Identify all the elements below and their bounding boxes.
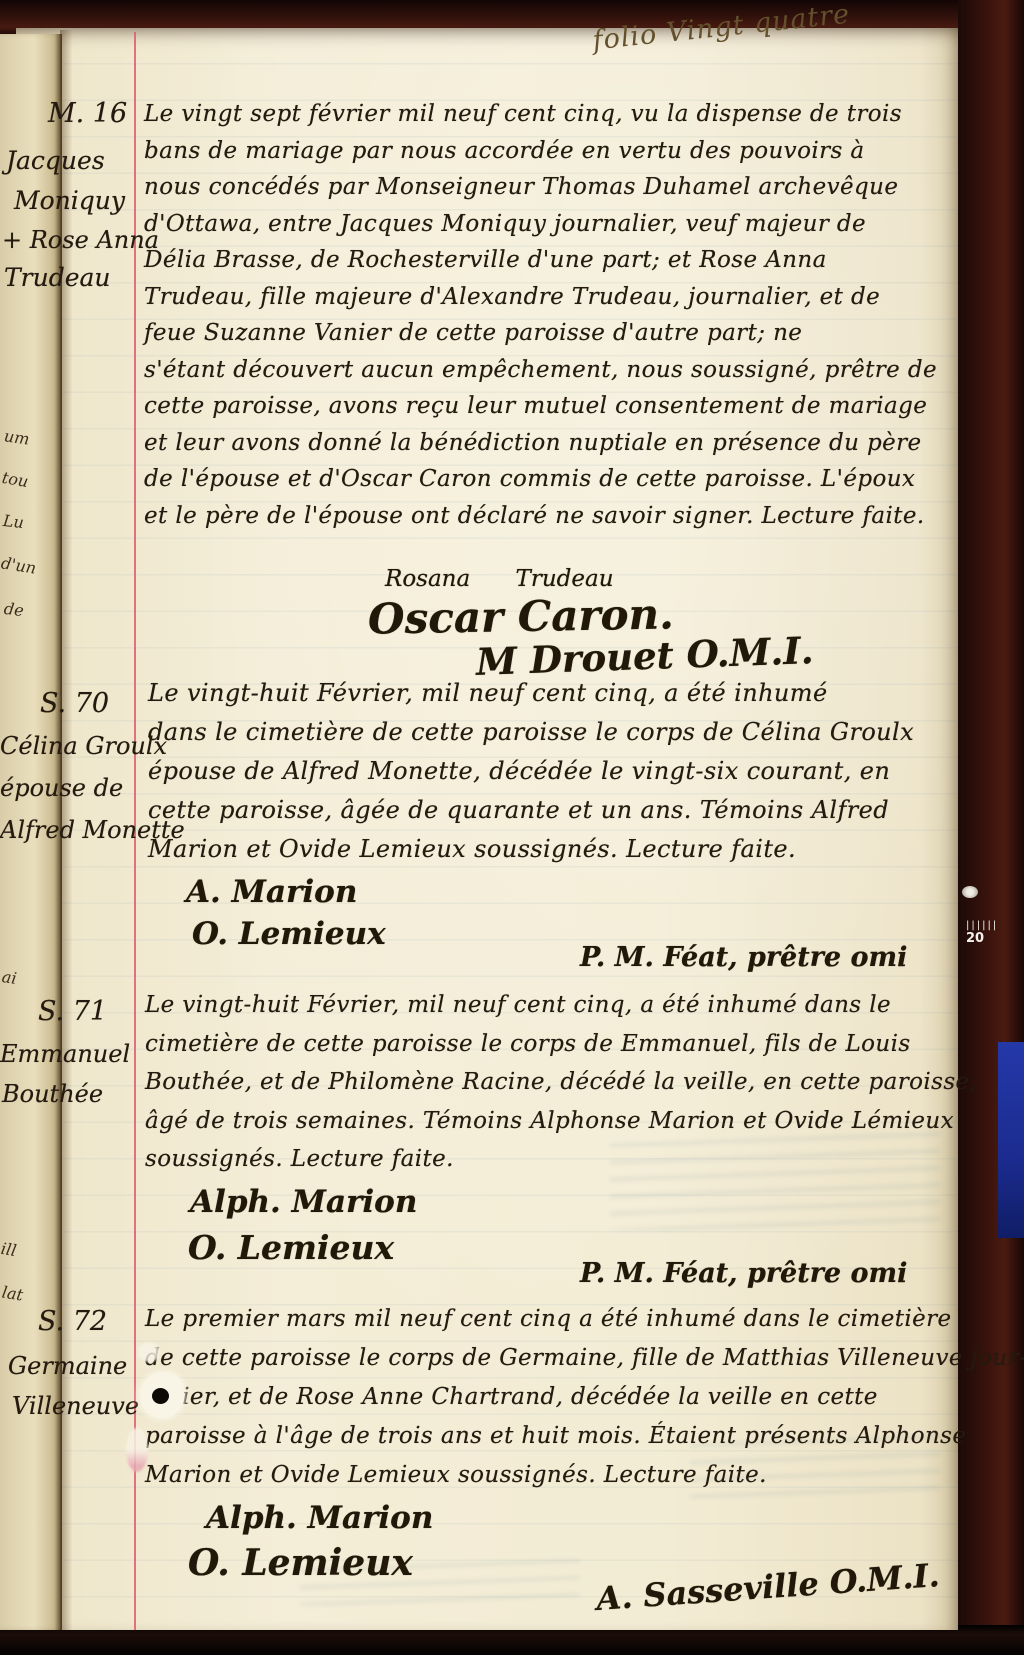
- signature-priest-feat: P. M. Féat, prêtre omi: [580, 942, 907, 973]
- record-line: dans le cimetière de cette paroisse le c…: [148, 713, 914, 752]
- record-line: et le père de l'épouse ont déclaré ne sa…: [144, 498, 937, 535]
- signature-alph-marion: Alph. Marion: [190, 1184, 417, 1220]
- margin-name-line: Trudeau: [4, 263, 111, 292]
- signature-a-marion: A. Marion: [186, 874, 357, 910]
- record-line: Délia Brasse, de Rochesterville d'une pa…: [144, 242, 937, 279]
- record-line: Le vingt sept février mil neuf cent cinq…: [144, 96, 937, 133]
- margin-name-line: Jacques: [6, 146, 105, 175]
- signature-o-lemieux: O. Lemieux: [188, 1542, 413, 1584]
- record-line: feue Suzanne Vanier de cette paroisse d'…: [144, 315, 937, 352]
- ruler-ticks: ||||||: [966, 920, 1000, 931]
- record-line: Le premier mars mil neuf cent cinq a été…: [145, 1300, 1024, 1339]
- paper-damage-smudge: [126, 1428, 148, 1472]
- edge-text-fragment: Lu: [2, 511, 25, 532]
- entry-number-label: S. 70: [40, 688, 109, 719]
- margin-name-line: épouse de: [0, 774, 123, 802]
- entry-number-label: M. 16: [48, 98, 127, 129]
- entry-number-label: S. 71: [38, 996, 107, 1027]
- edge-text-fragment: de: [3, 599, 25, 620]
- blue-reference-tab: [998, 1042, 1024, 1238]
- edge-text-fragment: ai: [1, 967, 18, 988]
- binding-highlight-dot: [962, 886, 978, 898]
- record-line: et leur avons donné la bénédiction nupti…: [144, 425, 937, 462]
- margin-name-line: Villeneuve: [12, 1392, 139, 1420]
- record-line: Le vingt-huit Février, mil neuf cent cin…: [148, 674, 914, 713]
- edge-text-fragment: um: [3, 426, 31, 448]
- punch-hole: [152, 1388, 169, 1404]
- record-line: nalier, et de Rose Anne Chartrand, décéd…: [145, 1378, 1024, 1417]
- scale-ruler-marker: |||||| 20: [966, 920, 1000, 964]
- record-line: âgé de trois semaines. Témoins Alphonse …: [145, 1102, 977, 1141]
- margin-name-line: Germaine: [8, 1352, 127, 1380]
- scanned-register-page: folio Vingt quatre um tou Lu d'un de ai …: [0, 0, 1024, 1655]
- record-line: bans de mariage par nous accordée en ver…: [144, 133, 937, 170]
- record-text: Le vingt-huit Février, mil neuf cent cin…: [148, 674, 914, 869]
- margin-name-line: Moniquy: [14, 186, 125, 215]
- record-line: soussignés. Lecture faite.: [145, 1140, 977, 1179]
- signature-o-lemieux: O. Lemieux: [192, 916, 386, 952]
- record-line: Le vingt-huit Février, mil neuf cent cin…: [145, 986, 977, 1025]
- record-line: cette paroisse, âgée de quarante et un a…: [148, 791, 914, 830]
- margin-name-line: + Rose Anna: [2, 226, 159, 254]
- record-line: Marion et Ovide Lemieux soussignés. Lect…: [145, 1456, 1024, 1495]
- signature-rosana-trudeau: Rosana Trudeau: [385, 566, 614, 592]
- signature-priest-feat: P. M. Féat, prêtre omi: [580, 1258, 907, 1289]
- record-line: cette paroisse, avons reçu leur mutuel c…: [144, 388, 937, 425]
- record-text: Le premier mars mil neuf cent cinq a été…: [145, 1300, 1024, 1495]
- record-text: Le vingt-huit Février, mil neuf cent cin…: [145, 986, 977, 1179]
- record-line: s'étant découvert aucun empêchement, nou…: [144, 352, 937, 389]
- record-line: cimetière de cette paroisse le corps de …: [145, 1025, 977, 1064]
- signature-o-lemieux: O. Lemieux: [188, 1228, 394, 1267]
- margin-name-line: Bouthée: [2, 1080, 103, 1108]
- record-line: paroisse à l'âge de trois ans et huit mo…: [145, 1417, 1024, 1456]
- record-line: de l'épouse et d'Oscar Caron commis de c…: [144, 461, 937, 498]
- record-line: nous concédés par Monseigneur Thomas Duh…: [144, 169, 937, 206]
- record-line: de cette paroisse le corps de Germaine, …: [145, 1339, 1024, 1378]
- entry-number-label: S. 72: [38, 1306, 107, 1337]
- record-line: Trudeau, fille majeure d'Alexandre Trude…: [144, 279, 937, 316]
- record-text: Le vingt sept février mil neuf cent cinq…: [144, 96, 937, 534]
- paper-damage-spot: [138, 1342, 160, 1362]
- record-line: Bouthée, et de Philomène Racine, décédé …: [145, 1063, 977, 1102]
- record-line: épouse de Alfred Monette, décédée le vin…: [148, 752, 914, 791]
- edge-text-fragment: lat: [1, 1282, 25, 1304]
- ruler-number: 20: [966, 931, 984, 946]
- margin-name-line: Célina Groulx: [0, 732, 167, 760]
- record-line: Marion et Ovide Lemieux soussignés. Lect…: [148, 830, 914, 869]
- margin-name-line: Emmanuel: [0, 1040, 130, 1068]
- signature-alph-marion: Alph. Marion: [206, 1500, 433, 1536]
- record-line: d'Ottawa, entre Jacques Moniquy journali…: [144, 206, 937, 243]
